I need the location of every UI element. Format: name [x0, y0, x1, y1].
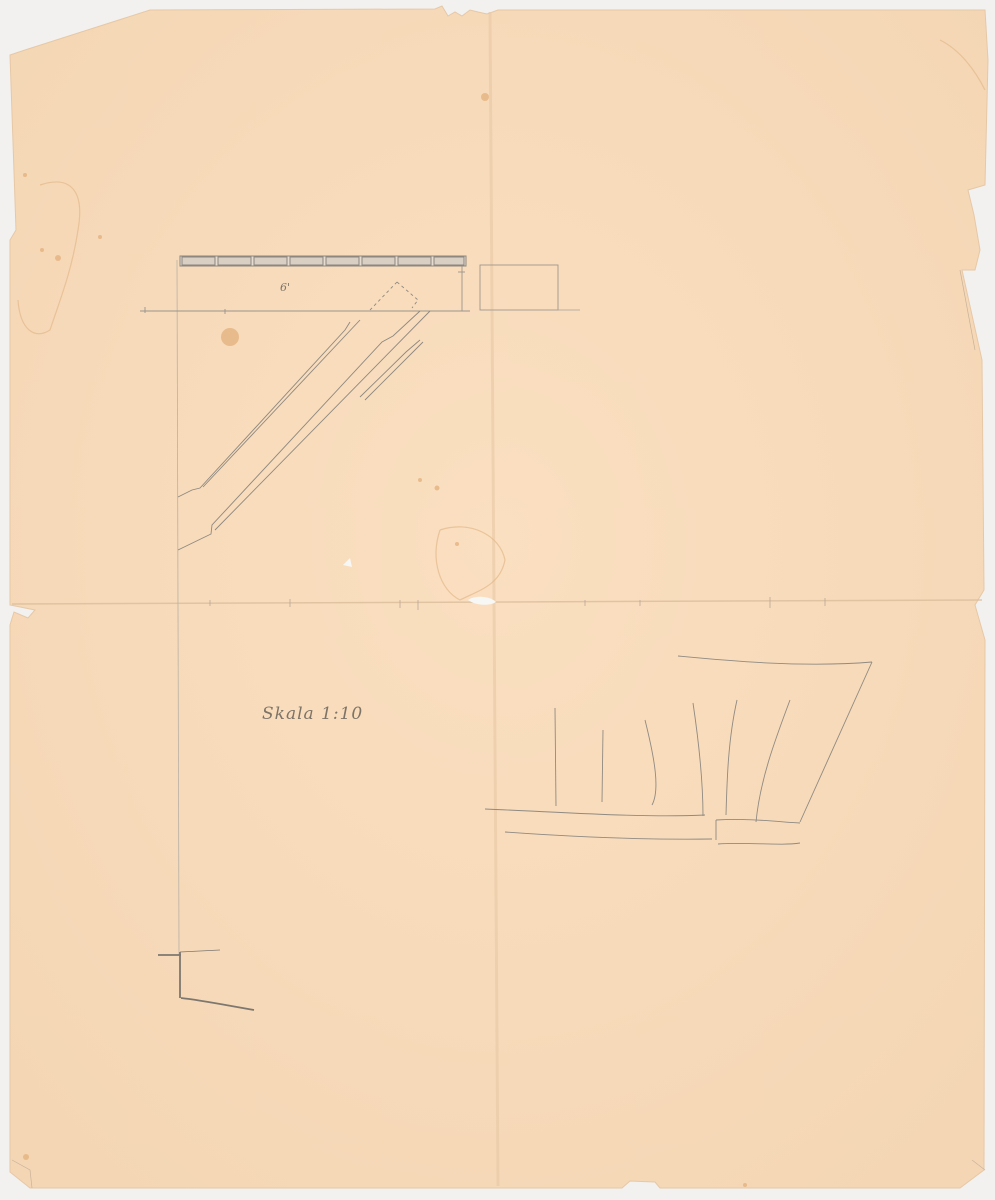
dimension-label: 6'	[280, 281, 290, 294]
paper-body	[10, 6, 988, 1188]
scale-label: Skala 1:10	[262, 704, 363, 724]
document-sheet: Skala 1:10 6'	[0, 0, 995, 1200]
paper	[0, 0, 995, 1200]
top-section-strip	[180, 256, 466, 266]
